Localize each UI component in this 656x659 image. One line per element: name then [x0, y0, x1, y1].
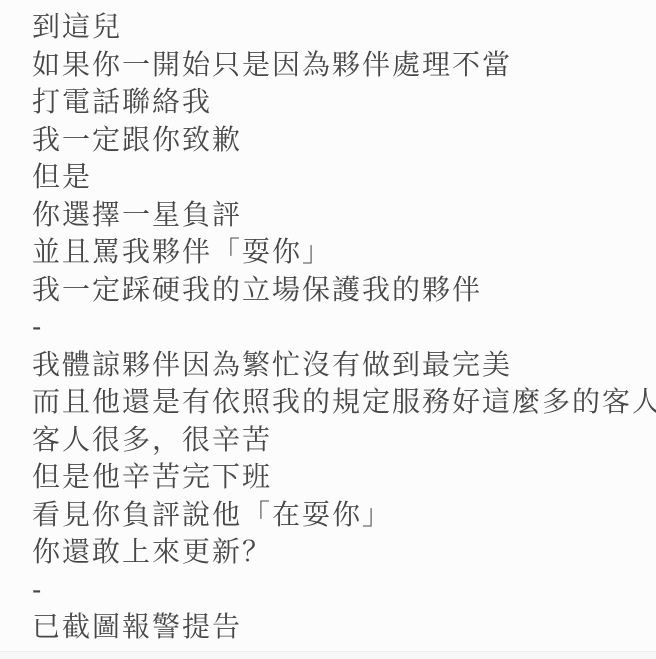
post-line: 已截圖報警提告: [32, 608, 646, 646]
post-line: 客人很多，很辛苦: [32, 421, 646, 459]
post-line: 你選擇一星負評: [32, 196, 646, 234]
post-line: 而且他還是有依照我的規定服務好這麼多的客人: [32, 383, 646, 421]
post-line: 我體諒夥伴因為繁忙沒有做到最完美: [32, 346, 646, 384]
post-line-separator: -: [32, 571, 646, 609]
post-line-separator: -: [32, 308, 646, 346]
post-line: 看見你負評說他「在耍你」: [32, 496, 646, 534]
post-line: 到這兒: [32, 8, 646, 46]
post-line: 我一定踩硬我的立場保護我的夥伴: [32, 271, 646, 309]
post-line: 但是: [32, 158, 646, 196]
post-line: 我一定跟你致歉: [32, 121, 646, 159]
post-line: 並且罵我夥伴「耍你」: [32, 233, 646, 271]
post-line: 但是他辛苦完下班: [32, 458, 646, 496]
post-line: 如果你一開始只是因為夥伴處理不當: [32, 46, 646, 84]
post-line: 打電話聯絡我: [32, 83, 646, 121]
post-line: 你還敢上來更新？: [32, 533, 646, 571]
post-text: 到這兒 如果你一開始只是因為夥伴處理不當 打電話聯絡我 我一定跟你致歉 但是 你…: [32, 8, 646, 646]
page-bottom-edge: [0, 651, 656, 659]
